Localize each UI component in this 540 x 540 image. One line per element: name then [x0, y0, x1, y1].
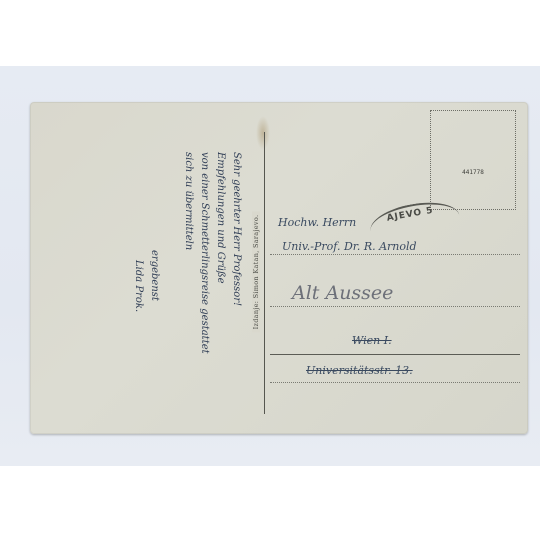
postcard: Izdanje: Simon Katan, Sarajevo. 441778 A… [30, 102, 528, 434]
message-closing: ergebenst [149, 250, 160, 301]
address-line-2: Univ.-Prof. Dr. R. Arnold [282, 240, 417, 253]
address-line-3: Alt Aussee [292, 282, 393, 304]
message-line: Sehr geehrter Herr Professor! [231, 152, 242, 306]
address-rule [270, 306, 520, 307]
address-rule [270, 254, 520, 255]
address-line-5: Universitätsstr. 13. [306, 364, 413, 377]
message-line: Empfehlungen und Grüße [215, 152, 226, 284]
stamp-box: 441778 [430, 110, 516, 210]
address-line-1: Hochw. Herrn [278, 216, 356, 229]
message-signature: Lida Prok. [133, 260, 144, 312]
message-line: sich zu übermitteln [183, 152, 194, 250]
address-rule [270, 354, 520, 355]
stain [256, 116, 270, 150]
center-divider-line [264, 132, 265, 414]
address-rule [270, 382, 520, 383]
publisher-imprint: Izdanje: Simon Katan, Sarajevo. [252, 212, 260, 333]
postmark-text: AJEVO 5 [386, 206, 434, 224]
message-line: von einer Schmetterlingsreise gestattet [199, 152, 210, 354]
serial-number: 441778 [431, 169, 515, 176]
address-line-4: Wien I. [352, 334, 392, 347]
